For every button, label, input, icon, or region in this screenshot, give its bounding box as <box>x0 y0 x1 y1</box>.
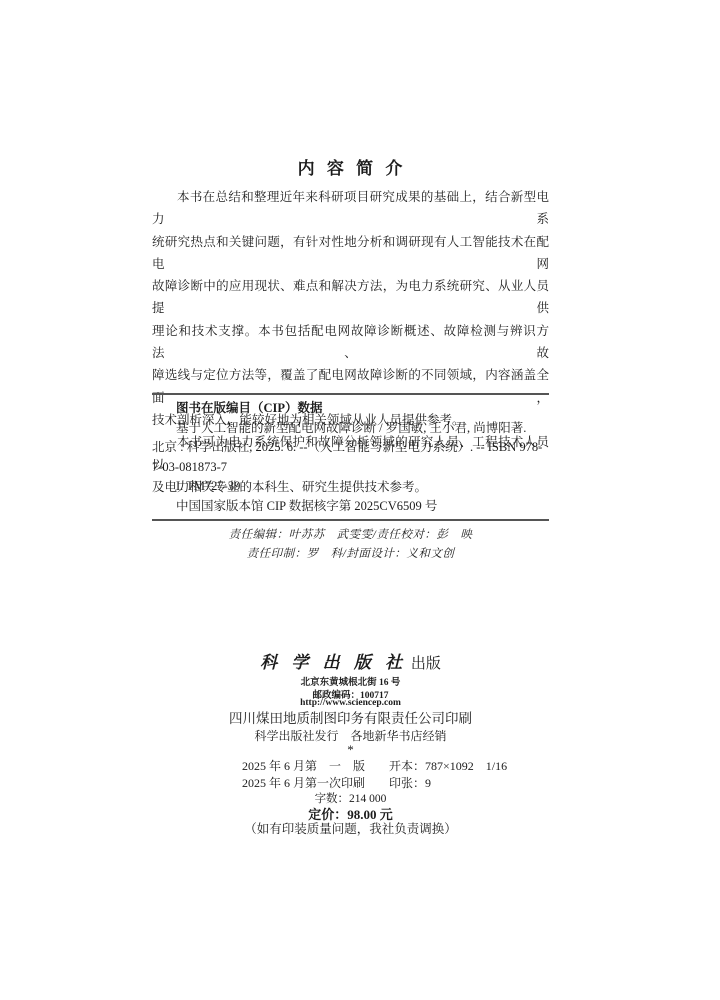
asterisk-separator: * <box>152 742 549 758</box>
intro-paragraph-line: 理论和技术支撑。本书包括配电网故障诊断概述、故障检测与辨识方法、故 <box>152 320 549 365</box>
intro-paragraph-line: 统研究热点和关键问题，有针对性地分析和调研现有人工智能技术在配电网 <box>152 231 549 276</box>
credits-editors-line: 责任编辑：叶苏苏 武雯雯/责任校对：彭 映 <box>152 526 549 545</box>
cip-section: 图书在版编目（CIP）数据 基于人工智能的新型配电网故障诊断 / 罗国敏, 王小… <box>152 399 549 517</box>
cip-line: 基于人工智能的新型配电网故障诊断 / 罗国敏, 王小君, 尚博阳著. <box>152 419 549 439</box>
edition-line: 2025 年 6 月第 一 版 开本：787×1092 1/16 <box>152 757 549 774</box>
credits-printing-design-line: 责任印制：罗 科/封面设计：义和文创 <box>152 545 549 564</box>
cip-line: 北京 : 科学出版社, 2025. 6. --（人工智能与新型电力系统）. --… <box>152 438 549 458</box>
intro-paragraph-line: 本书在总结和整理近年来科研项目研究成果的基础上，结合新型电力系 <box>152 186 549 231</box>
exchange-notice: （如有印装质量问题，我社负责调换） <box>152 819 549 837</box>
staff-credits: 责任编辑：叶苏苏 武雯雯/责任校对：彭 映 责任印制：罗 科/封面设计：义和文创 <box>152 526 549 564</box>
cip-heading: 图书在版编目（CIP）数据 <box>152 399 549 419</box>
intro-paragraph-line: 故障诊断中的应用现状、难点和解决方法，为电力系统研究、从业人员提供 <box>152 275 549 320</box>
cip-line: 中国国家版本馆 CIP 数据核字第 2025CV6509 号 <box>152 497 549 517</box>
publisher-label: 出版 <box>407 656 441 672</box>
cip-line: I. TM727-39 <box>152 477 549 497</box>
cip-line: 7-03-081873-7 <box>152 458 549 478</box>
publisher-logotype: 科 学 出 版 社 <box>260 653 407 672</box>
printer-line: 四川煤田地质制图印务有限责任公司印刷 <box>152 707 549 727</box>
publisher-address: 北京东黄城根北街 16 号 <box>152 674 549 688</box>
intro-title: 内 容 简 介 <box>152 154 549 179</box>
divider-bottom <box>152 519 549 521</box>
copyright-page: 内 容 简 介 本书在总结和整理近年来科研项目研究成果的基础上，结合新型电力系 … <box>0 0 720 1000</box>
printing-line: 2025 年 6 月第一次印刷 印张：9 <box>152 774 549 791</box>
publisher-line: 科 学 出 版 社 出版 <box>152 648 549 673</box>
divider-top <box>152 393 549 395</box>
